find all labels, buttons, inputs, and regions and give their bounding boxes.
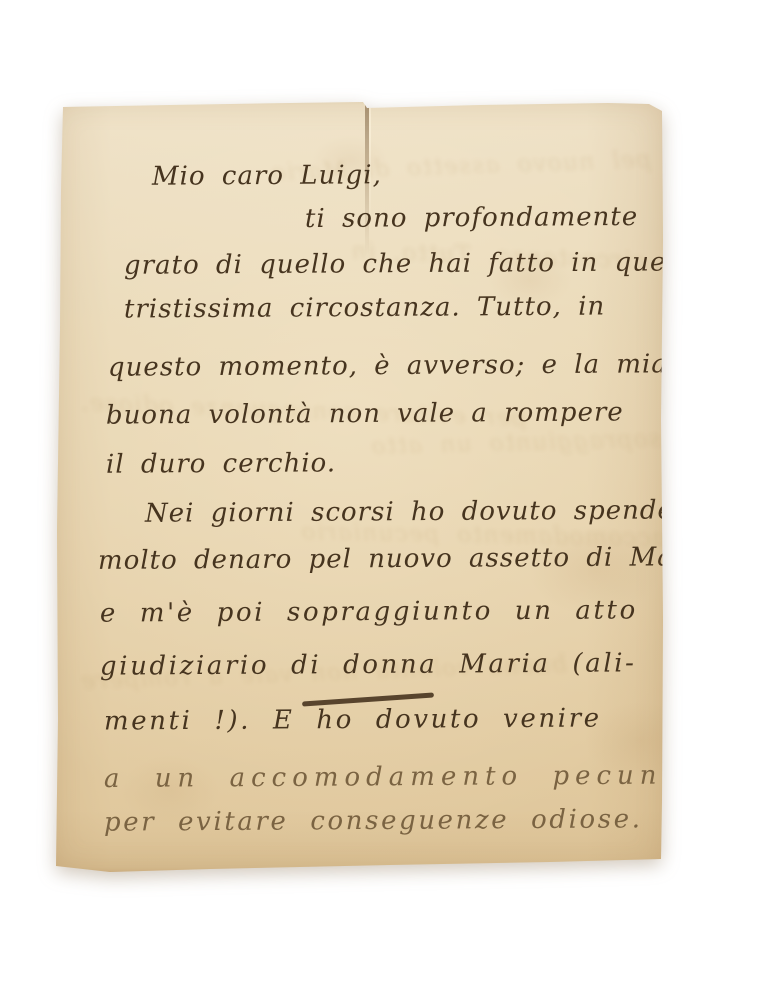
paper-surface: molto denaro pel nuovo assetto di Mario … (50, 100, 666, 872)
paper-edge-vignette (50, 100, 666, 872)
letter-sheet: molto denaro pel nuovo assetto di Mario … (50, 100, 666, 872)
letter-photograph: molto denaro pel nuovo assetto di Mario … (0, 0, 767, 1000)
